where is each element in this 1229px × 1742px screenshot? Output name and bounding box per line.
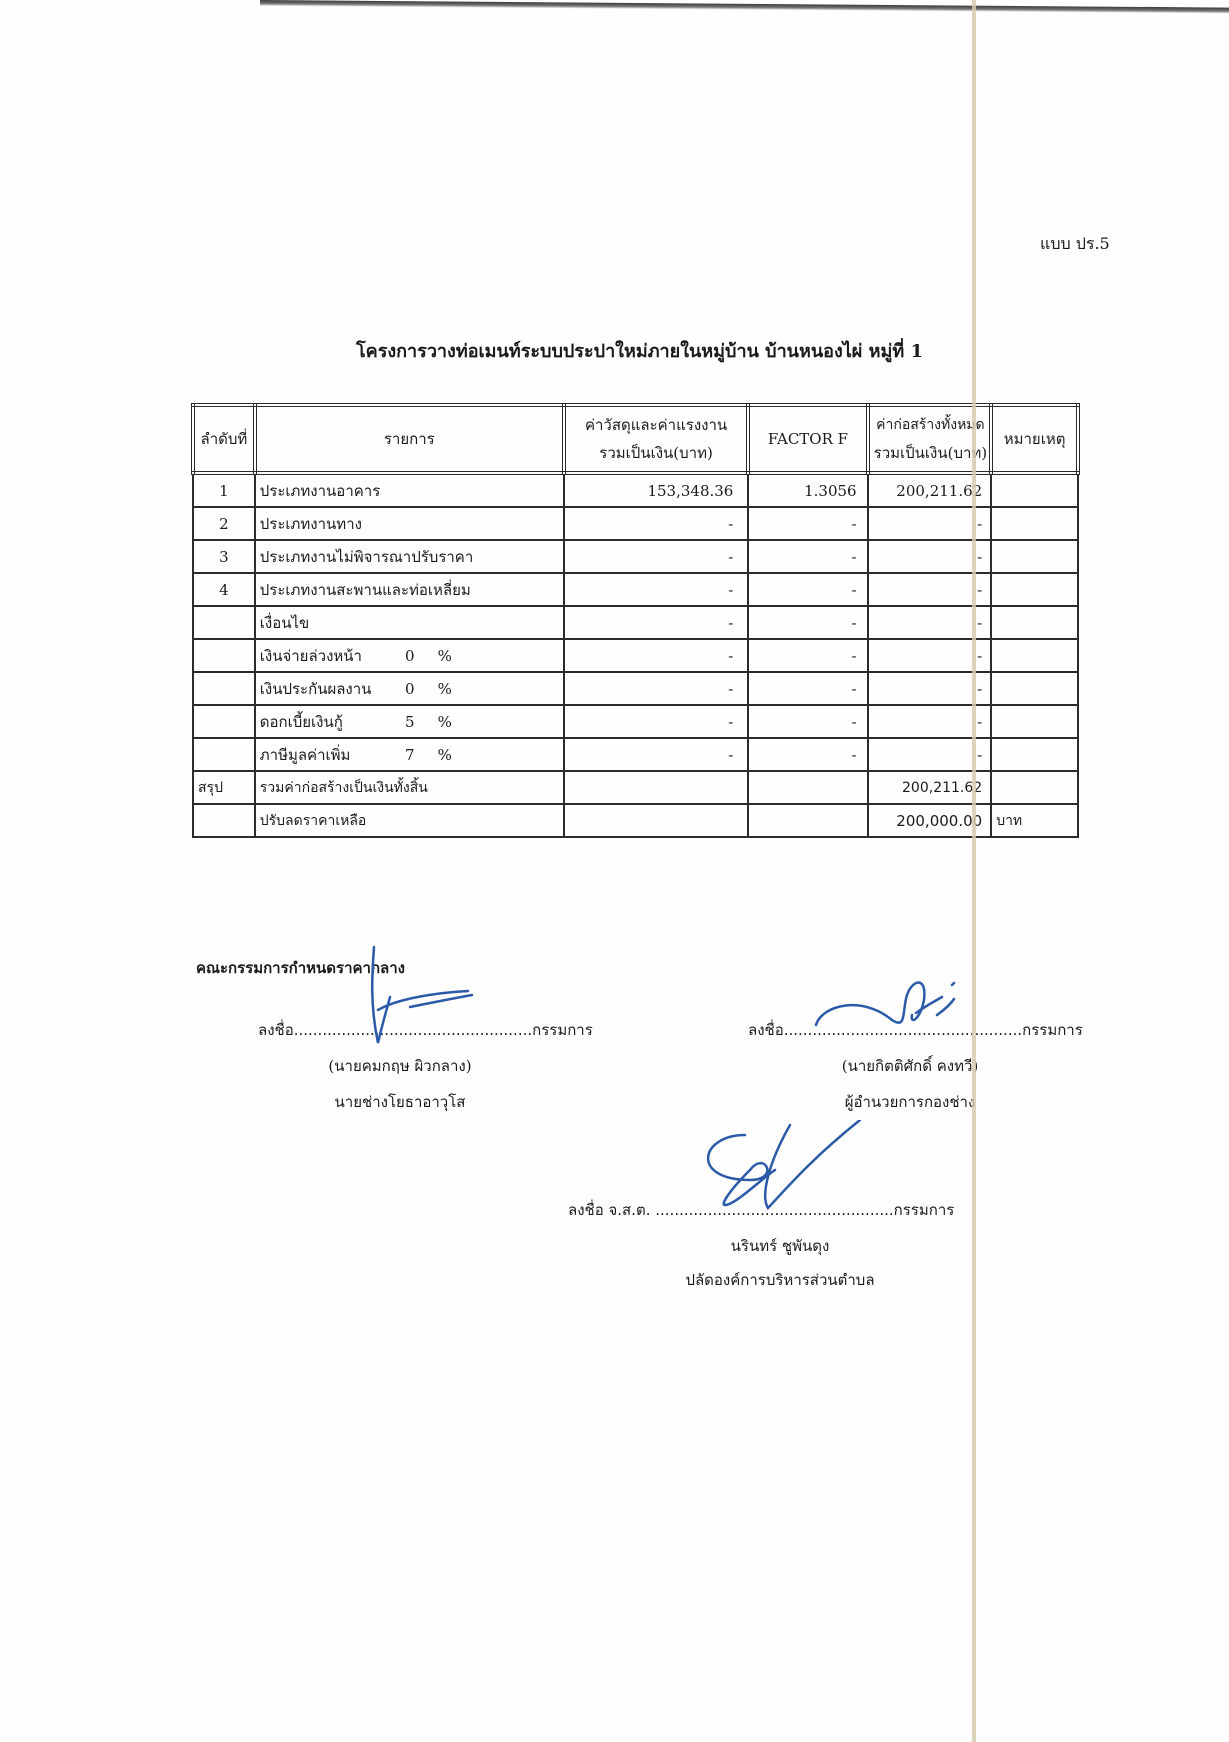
row-note	[991, 672, 1078, 705]
sign-prefix: ลงชื่อ	[258, 1021, 294, 1039]
condition-item-row: เงินประกันผลงาน0% - - -	[193, 672, 1078, 705]
header-material-line2: รวมเป็นเงิน(บาท)	[570, 439, 743, 467]
member-3-name: นรินทร์ ชูพันดุง	[640, 1234, 920, 1258]
member-3-position: ปลัดองค์การบริหารส่วนตำบล	[640, 1268, 920, 1292]
condition-value: 5	[390, 713, 430, 731]
row-material: -	[564, 639, 749, 672]
condition-label: เงินจ่ายล่วงหน้า	[260, 644, 390, 668]
title-text: โครงการวางท่อเมนท์ระบบประปาใหม่ภายในหมู่…	[356, 341, 923, 362]
row-material: -	[564, 738, 749, 771]
header-factor: FACTOR F	[748, 405, 867, 473]
row-factor: -	[748, 705, 867, 738]
row-note	[991, 771, 1078, 804]
conditions-label: เงื่อนไข	[255, 606, 564, 639]
condition-item: ดอกเบี้ยเงินกู้5%	[255, 705, 564, 738]
condition-unit: %	[430, 647, 460, 665]
condition-item: เงินจ่ายล่วงหน้า0%	[255, 639, 564, 672]
row-factor: -	[748, 738, 867, 771]
row-no	[193, 606, 255, 639]
row-note	[991, 540, 1078, 573]
row-no: 1	[193, 473, 255, 507]
row-material: -	[564, 507, 749, 540]
conditions-row: เงื่อนไข - - -	[193, 606, 1078, 639]
signature-3-icon	[690, 1120, 880, 1210]
sign-prefix: ลงชื่อ	[748, 1021, 784, 1039]
row-no	[193, 672, 255, 705]
row-no	[193, 738, 255, 771]
row-factor: -	[748, 507, 867, 540]
row-note	[991, 507, 1078, 540]
row-no	[193, 639, 255, 672]
condition-unit: %	[430, 746, 460, 764]
summary-adjusted-label: ปรับลดราคาเหลือ	[255, 804, 564, 837]
row-no	[193, 804, 255, 837]
signature-1-icon	[360, 945, 480, 1045]
row-material	[564, 804, 749, 837]
header-note: หมายเหตุ	[991, 405, 1078, 473]
row-item: ประเภทงานทาง	[255, 507, 564, 540]
summary-total-label: รวมค่าก่อสร้างเป็นเงินทั้งสิ้น	[255, 771, 564, 804]
condition-item: ภาษีมูลค่าเพิ่ม7%	[255, 738, 564, 771]
header-material: ค่าวัสดุและค่าแรงงาน รวมเป็นเงิน(บาท)	[564, 405, 749, 473]
row-factor: -	[748, 573, 867, 606]
signature-2-icon	[812, 975, 962, 1035]
header-no: ลำดับที่	[193, 405, 255, 473]
member-2-position: ผู้อำนวยการกองช่าง	[780, 1090, 1040, 1114]
row-no: 3	[193, 540, 255, 573]
row-note	[991, 573, 1078, 606]
row-factor: 1.3056	[748, 473, 867, 507]
row-factor	[748, 771, 867, 804]
condition-label: เงินประกันผลงาน	[260, 677, 390, 701]
row-material: 153,348.36	[564, 473, 749, 507]
row-no	[193, 705, 255, 738]
member-1-position: นายช่างโยธาอาวุโส	[270, 1090, 530, 1114]
condition-item-row: ดอกเบี้ยเงินกู้5% - - -	[193, 705, 1078, 738]
row-factor	[748, 804, 867, 837]
summary-adjusted-row: ปรับลดราคาเหลือ 200,000.00 บาท	[193, 804, 1078, 837]
row-no: 4	[193, 573, 255, 606]
header-item: รายการ	[255, 405, 564, 473]
row-material: -	[564, 606, 749, 639]
table-header-row: ลำดับที่ รายการ ค่าวัสดุและค่าแรงงาน รวม…	[193, 405, 1078, 473]
row-note	[991, 639, 1078, 672]
row-item: ประเภทงานสะพานและท่อเหลี่ยม	[255, 573, 564, 606]
row-note	[991, 606, 1078, 639]
row-note	[991, 705, 1078, 738]
row-item: ประเภทงานอาคาร	[255, 473, 564, 507]
row-material	[564, 771, 749, 804]
summary-label: สรุป	[193, 771, 255, 804]
member-1-name: (นายคมกฤษ ผิวกลาง)	[270, 1054, 530, 1078]
condition-item: เงินประกันผลงาน0%	[255, 672, 564, 705]
paper-fold-line	[972, 0, 976, 1742]
table-row: 3 ประเภทงานไม่พิจารณาปรับราคา - - -	[193, 540, 1078, 573]
condition-label: ภาษีมูลค่าเพิ่ม	[260, 743, 390, 767]
document-title: โครงการวางท่อเมนท์ระบบประปาใหม่ภายในหมู่…	[0, 336, 1229, 365]
member-2-name: (นายกิตติศักดิ์ คงทวี)	[780, 1054, 1040, 1078]
row-material: -	[564, 672, 749, 705]
row-factor: -	[748, 639, 867, 672]
row-factor: -	[748, 672, 867, 705]
row-material: -	[564, 573, 749, 606]
row-note	[991, 738, 1078, 771]
header-material-line1: ค่าวัสดุและค่าแรงงาน	[570, 411, 743, 439]
table-row: 2 ประเภทงานทาง - - -	[193, 507, 1078, 540]
header-total-line1: ค่าก่อสร้างทั้งหมด	[874, 411, 988, 439]
signature-role: กรรมการ	[532, 1021, 593, 1039]
row-factor: -	[748, 540, 867, 573]
signature-role: กรรมการ	[894, 1201, 955, 1219]
row-no: 2	[193, 507, 255, 540]
condition-value: 0	[390, 647, 430, 665]
condition-value: 0	[390, 680, 430, 698]
condition-unit: %	[430, 713, 460, 731]
row-note	[991, 473, 1078, 507]
cost-summary-table: ลำดับที่ รายการ ค่าวัสดุและค่าแรงงาน รวม…	[191, 403, 1080, 838]
summary-adjusted-unit: บาท	[991, 804, 1078, 837]
table-row: 1 ประเภทงานอาคาร 153,348.36 1.3056 200,2…	[193, 473, 1078, 507]
condition-unit: %	[430, 680, 460, 698]
row-item: ประเภทงานไม่พิจารณาปรับราคา	[255, 540, 564, 573]
scan-edge-line	[260, 0, 1229, 14]
signature-role: กรรมการ	[1022, 1021, 1083, 1039]
condition-item-row: เงินจ่ายล่วงหน้า0% - - -	[193, 639, 1078, 672]
sign-prefix: ลงชื่อ จ.ส.ต.	[568, 1201, 650, 1219]
row-factor: -	[748, 606, 867, 639]
row-material: -	[564, 540, 749, 573]
condition-item-row: ภาษีมูลค่าเพิ่ม7% - - -	[193, 738, 1078, 771]
form-code: แบบ ปร.5	[1040, 232, 1110, 257]
summary-total-row: สรุป รวมค่าก่อสร้างเป็นเงินทั้งสิ้น 200,…	[193, 771, 1078, 804]
header-total-line2: รวมเป็นเงิน(บาท)	[874, 439, 988, 467]
condition-value: 7	[390, 746, 430, 764]
table-row: 4 ประเภทงานสะพานและท่อเหลี่ยม - - -	[193, 573, 1078, 606]
condition-label: ดอกเบี้ยเงินกู้	[260, 710, 390, 734]
row-material: -	[564, 705, 749, 738]
